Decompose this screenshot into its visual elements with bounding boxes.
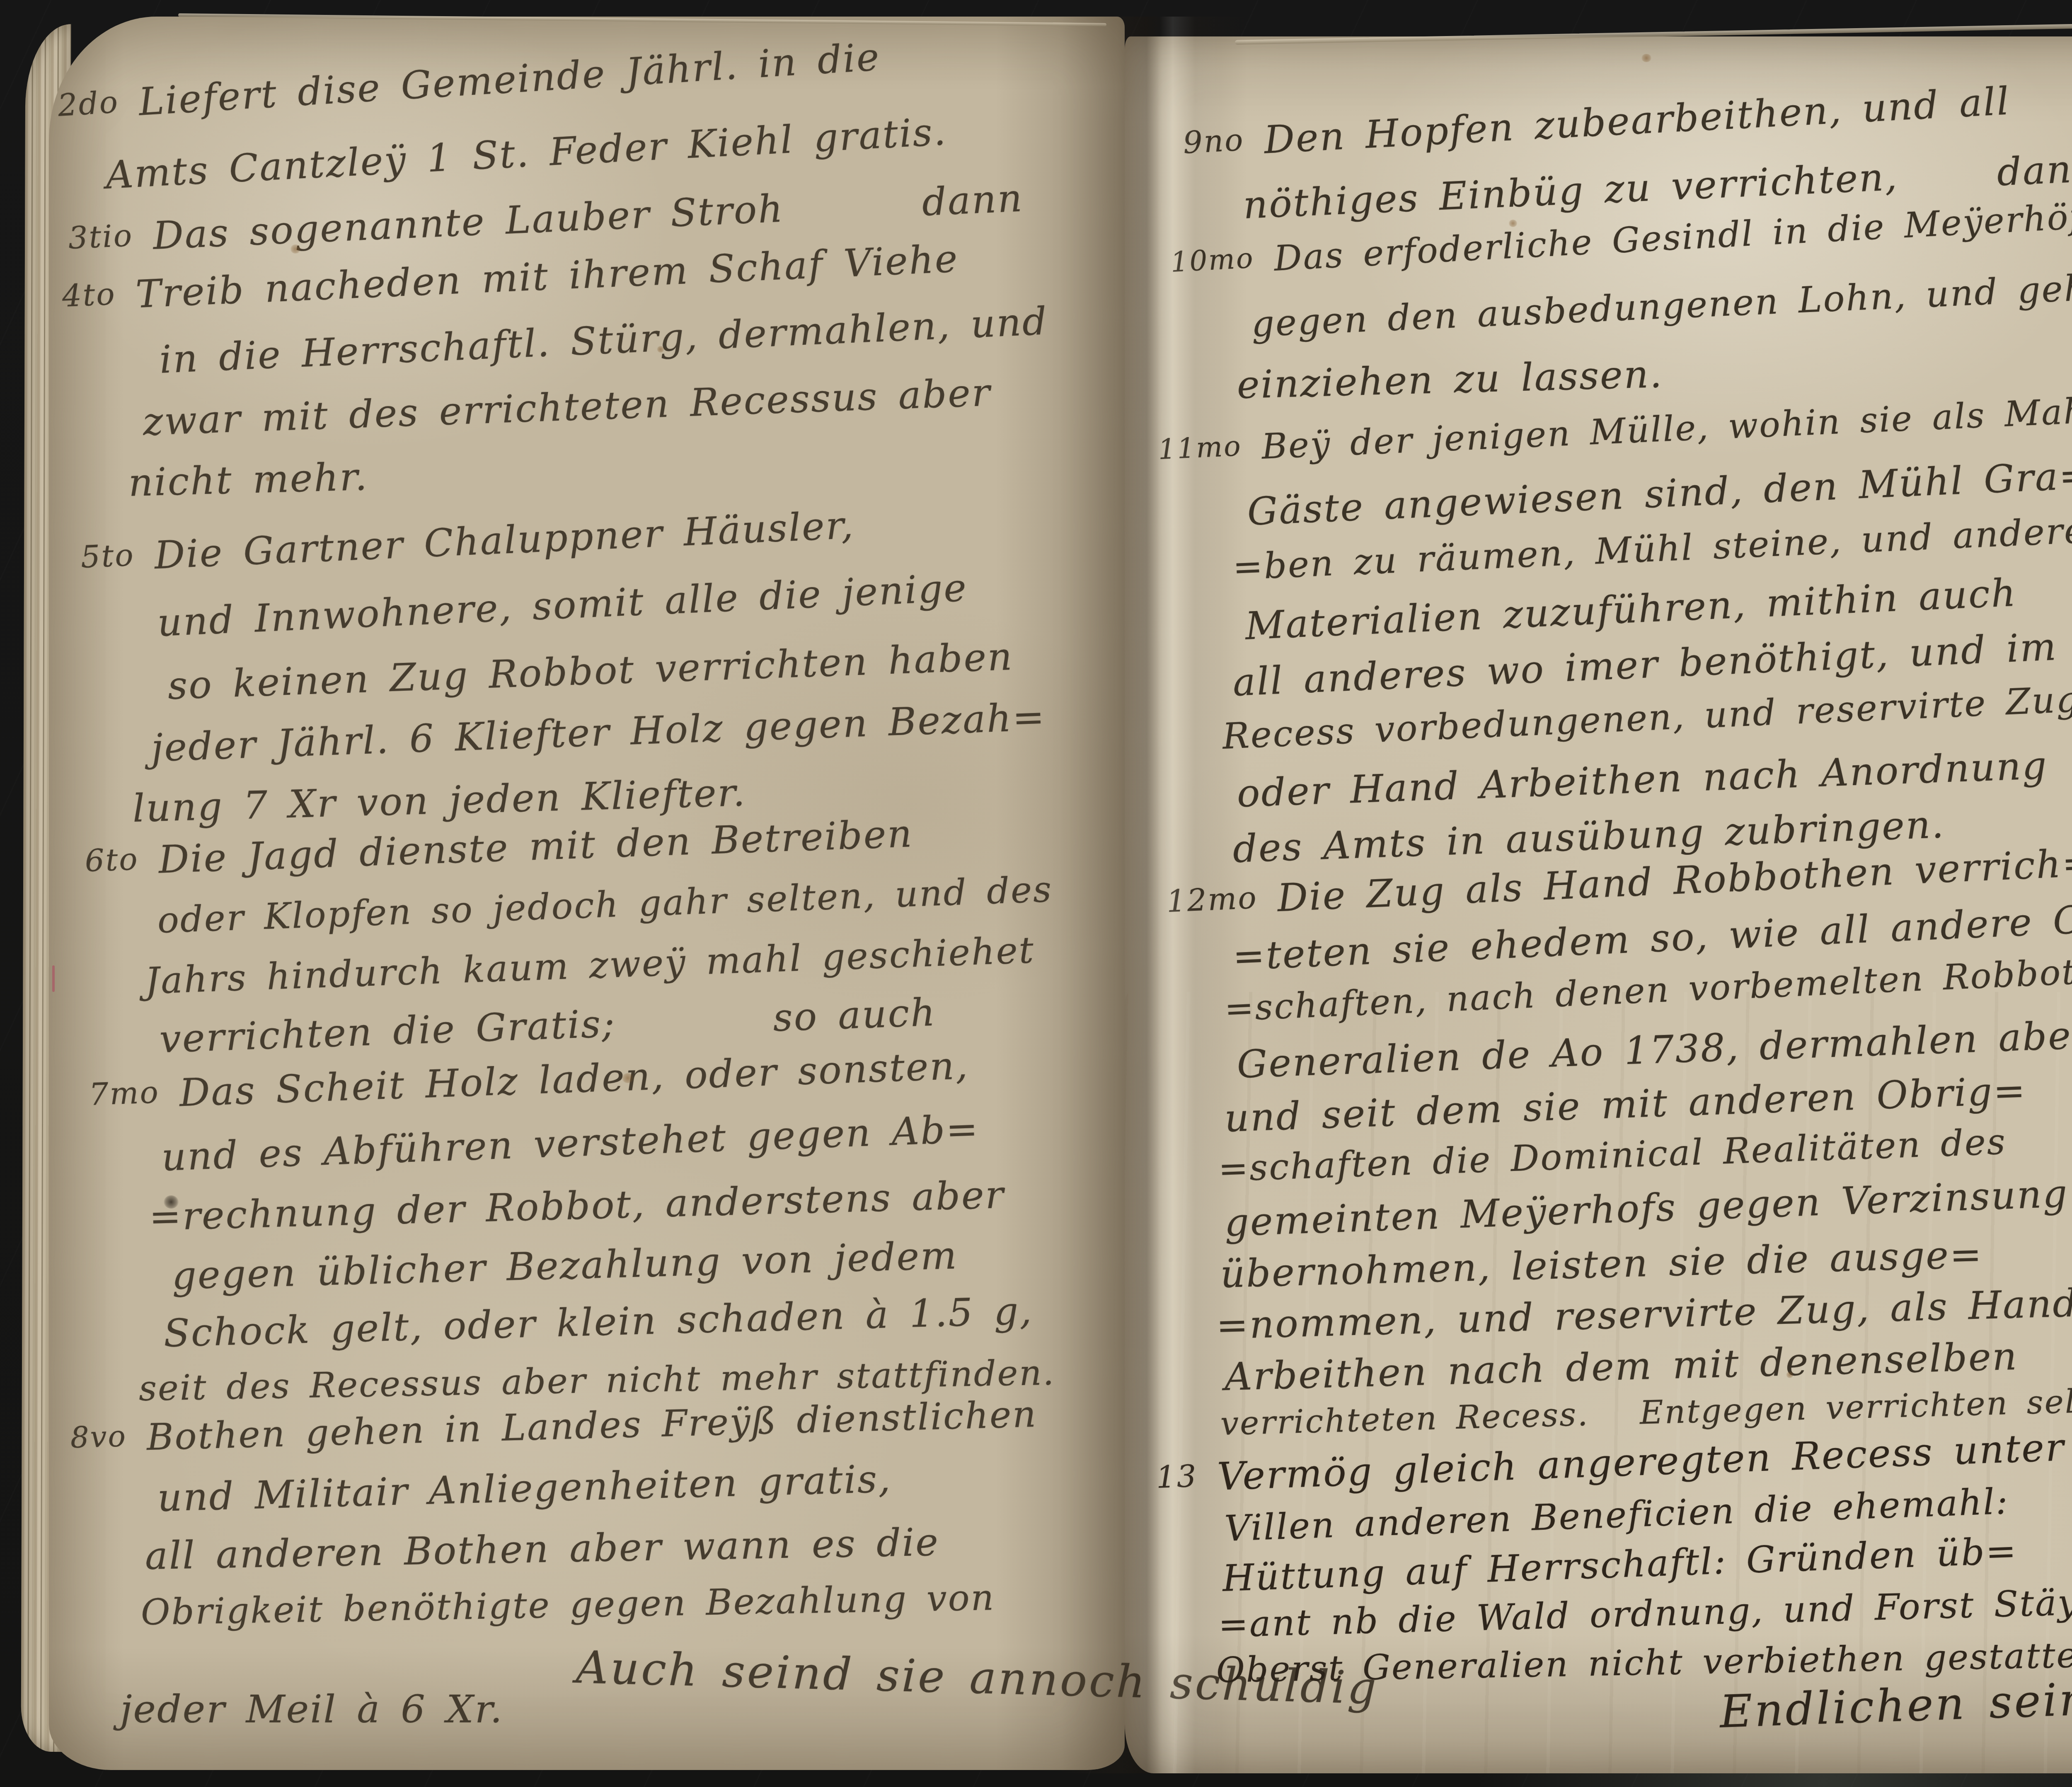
- item-number: 8vo: [70, 1419, 127, 1455]
- line-text: nicht mehr.: [128, 455, 369, 505]
- manuscript-line: nicht mehr.: [128, 455, 369, 505]
- item-number: 7mo: [88, 1075, 160, 1112]
- manuscript-line: jeder Meil à 6 Xr.: [120, 1687, 503, 1731]
- item-number: 11mo: [1157, 430, 1242, 466]
- item-number: 12mo: [1166, 880, 1258, 919]
- item-number: 4to: [61, 276, 116, 314]
- item-number: 9no: [1182, 122, 1245, 161]
- item-number: 5to: [80, 537, 135, 575]
- item-number: 6to: [84, 842, 139, 879]
- item-number: 13: [1155, 1459, 1198, 1495]
- line-text: jeder Meil à 6 Xr.: [120, 1687, 503, 1731]
- item-number: 2do: [57, 85, 120, 123]
- item-number: 3tio: [68, 218, 134, 256]
- item-number: 10mo: [1170, 242, 1255, 278]
- manuscript-photo: 2doLiefert dise Gemeinde Jährl. in die A…: [0, 0, 2072, 1787]
